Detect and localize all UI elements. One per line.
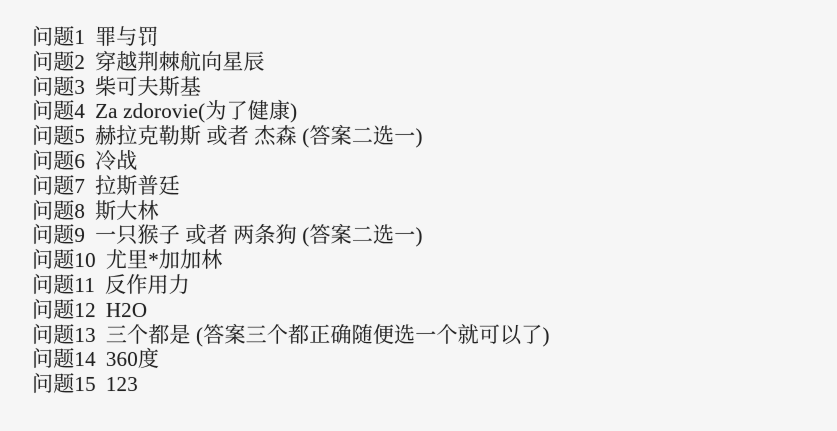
- question-label: 问题2: [32, 50, 85, 74]
- question-line: 问题6冷战: [32, 149, 837, 174]
- question-answer: 三个都是 (答案三个都正确随便选一个就可以了): [106, 323, 550, 347]
- question-line: 问题3柴可夫斯基: [32, 75, 837, 100]
- question-answer: H2O: [106, 298, 147, 322]
- question-label: 问题7: [32, 174, 85, 198]
- question-answer: 罪与罚: [95, 25, 159, 49]
- question-line: 问题4Za zdorovie(为了健康): [32, 99, 837, 124]
- question-answer: 穿越荆棘航向星辰: [95, 50, 265, 74]
- question-label: 问题5: [32, 124, 85, 148]
- question-label: 问题3: [32, 75, 85, 99]
- question-answer: Za zdorovie(为了健康): [95, 99, 297, 123]
- question-label: 问题6: [32, 149, 85, 173]
- question-line: 问题2穿越荆棘航向星辰: [32, 50, 837, 75]
- question-list: 问题1罪与罚 问题2穿越荆棘航向星辰 问题3柴可夫斯基 问题4Za zdorov…: [0, 0, 837, 397]
- question-line: 问题9一只猴子 或者 两条狗 (答案二选一): [32, 223, 837, 248]
- question-label: 问题9: [32, 223, 85, 247]
- question-line: 问题12H2O: [32, 298, 837, 323]
- question-answer: 尤里*加加林: [106, 248, 223, 272]
- question-label: 问题15: [32, 372, 96, 396]
- question-line: 问题14360度: [32, 347, 837, 372]
- question-line: 问题1罪与罚: [32, 25, 837, 50]
- question-line: 问题7拉斯普廷: [32, 174, 837, 199]
- question-answer: 反作用力: [105, 273, 190, 297]
- question-answer: 一只猴子 或者 两条狗 (答案二选一): [95, 223, 423, 247]
- question-label: 问题14: [32, 347, 96, 371]
- question-answer: 柴可夫斯基: [95, 75, 201, 99]
- question-label: 问题12: [32, 298, 96, 322]
- question-line: 问题5赫拉克勒斯 或者 杰森 (答案二选一): [32, 124, 837, 149]
- question-answer: 斯大林: [95, 199, 159, 223]
- question-answer: 赫拉克勒斯 或者 杰森 (答案二选一): [95, 124, 423, 148]
- question-line: 问题13三个都是 (答案三个都正确随便选一个就可以了): [32, 323, 837, 348]
- question-answer: 冷战: [95, 149, 137, 173]
- question-label: 问题1: [32, 25, 85, 49]
- question-label: 问题10: [32, 248, 96, 272]
- question-label: 问题13: [32, 323, 96, 347]
- question-answer: 360度: [106, 347, 159, 371]
- question-line: 问题10尤里*加加林: [32, 248, 837, 273]
- question-label: 问题8: [32, 199, 85, 223]
- question-label: 问题11: [32, 273, 95, 297]
- question-answer: 123: [106, 372, 138, 396]
- question-line: 问题8斯大林: [32, 199, 837, 224]
- question-line: 问题11反作用力: [32, 273, 837, 298]
- question-answer: 拉斯普廷: [95, 174, 180, 198]
- question-label: 问题4: [32, 99, 85, 123]
- question-line: 问题15123: [32, 372, 837, 397]
